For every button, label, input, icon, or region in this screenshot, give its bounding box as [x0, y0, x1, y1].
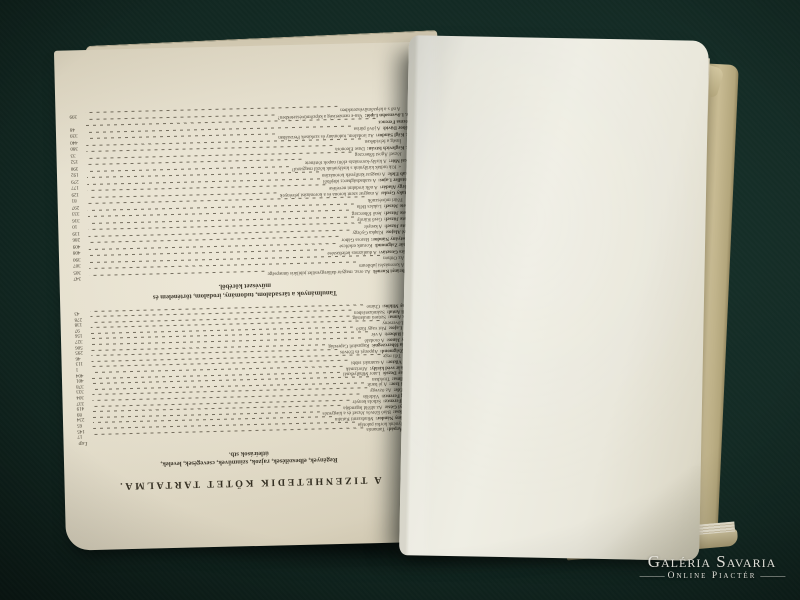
- section1-entry-list: Abonyi Árpád: Tamantia 17 B.: Királynénk…: [74, 302, 419, 439]
- entry-page-number: 440: [70, 137, 83, 144]
- entry-page-number: 129: [71, 189, 84, 196]
- entry-title: Párt vagy fúzió: [356, 325, 387, 331]
- entry-title: Klapka György: [352, 228, 383, 235]
- entry-title: Az orsz. magyar daláregyesület jubiláris…: [267, 267, 370, 276]
- entry-page-number: 316: [72, 215, 85, 222]
- entry-title: Lukács Béla: [357, 202, 382, 209]
- entry-page-number: 337: [76, 399, 89, 405]
- entry-title: Ínség a felvidéken: [364, 136, 410, 144]
- entry-page-number: 390: [71, 163, 84, 170]
- entry-title: Apponyi és Eötvös: [340, 347, 378, 354]
- watermark-subtitle-text: Online Piactér: [668, 571, 757, 582]
- entry-page-number: 278: [74, 315, 87, 321]
- entry-title: A vér: [371, 330, 382, 336]
- entry-page-number: 399: [69, 111, 82, 118]
- entry-page-number: 81: [72, 196, 85, 203]
- entry-page-number: 138: [75, 321, 88, 327]
- entry-page-number: 156: [75, 332, 88, 338]
- entry-title: Lóverseny: [382, 319, 403, 325]
- watermark: Galéria Savaria ——— Online Piactér ———: [626, 553, 798, 582]
- entry-title: A nők irodalmi nevelése: [329, 182, 378, 190]
- entry-title: Mindszenti Katalin: [335, 415, 374, 422]
- entry-title: A dualizmus keletkezése: [327, 247, 377, 255]
- entry-page-number: 333: [76, 388, 89, 394]
- entry-page-number: 327: [75, 338, 88, 344]
- entry-page-number: 304: [76, 393, 89, 399]
- entry-title: Jenő főherczeg: [352, 208, 382, 215]
- entry-title: Schola kenyér: [353, 398, 382, 404]
- entry-page-number: 378: [76, 382, 89, 388]
- entry-title: Korunk erkölcse: [339, 241, 372, 248]
- entry-title: A jó barát: [367, 381, 387, 387]
- entry-page-number: 401: [76, 377, 89, 383]
- entry-title: A jövő párisa: [354, 124, 381, 131]
- entry-title: József Ágost főherczeg: [355, 149, 411, 157]
- entry-page-number: 10: [72, 222, 85, 229]
- photo-of-open-book: A TIZENHETEDIK KÖTET TARTALMA. Regények,…: [0, 0, 800, 600]
- entry-title: Chimo: [366, 302, 380, 308]
- watermark-title: Galéria Savaria: [626, 553, 798, 571]
- entry-page-number: 404: [76, 371, 89, 377]
- watermark-left-dash: ———: [640, 571, 664, 582]
- entry-page-number: 297: [72, 202, 85, 209]
- entry-author: Dr. Lőwensohn Lipót:: [365, 110, 412, 118]
- page-corner-curl: [569, 463, 701, 560]
- entry-page-number: 43: [74, 310, 87, 316]
- entry-title: Ragusától Capreráig: [328, 342, 369, 349]
- entry-page-number: 1: [76, 366, 89, 372]
- entry-page-number: 46: [75, 354, 88, 360]
- entry-title: Duse Eleonora: [335, 144, 365, 151]
- upside-down-table-of-contents: A TIZENHETEDIK KÖTET TARTALMA. Regények,…: [68, 56, 421, 534]
- entry-page-number: 139: [72, 228, 85, 235]
- entry-page-number: 97: [75, 326, 88, 332]
- entry-title: Aforizmák: [346, 364, 368, 370]
- entry-page-number: 409: [73, 241, 86, 248]
- entry-title: A szabadságharcz idejéből: [323, 176, 376, 184]
- entry-page-number: 307: [73, 261, 86, 268]
- entry-page-number: 48: [70, 124, 83, 131]
- entry-page-number: 177: [71, 183, 84, 190]
- entry-page-number: 152: [71, 157, 84, 164]
- entry-title: Tamantia: [366, 425, 385, 431]
- watermark-subtitle: ——— Online Piactér ———: [626, 571, 798, 582]
- entry-page-number: 333: [72, 209, 85, 216]
- blank-facing-page: [399, 35, 709, 561]
- entry-title: Gerő Károly: [357, 215, 382, 222]
- entry-title: Az özvegy: [370, 386, 392, 392]
- entry-page-number: 408: [73, 248, 86, 255]
- entry-page-number: 380: [70, 144, 83, 151]
- entry-page-number: 286: [72, 235, 85, 242]
- entry-page-number: 89: [77, 410, 90, 416]
- entry-title: Titokban: [372, 375, 390, 381]
- entry-title: Az alföld legendája: [343, 403, 382, 410]
- entry-title: Lator Mihályéknál: [343, 370, 380, 377]
- volume-title: A TIZENHETEDIK KÖTET TARTALMA.: [78, 472, 420, 492]
- section2-heading: Tanulmányok a társadalom, tudomány, irod…: [74, 276, 416, 302]
- entry-title: Szüreti mulatság: [352, 314, 386, 320]
- entry-page-number: 65: [77, 421, 90, 427]
- entry-title: A csodaló: [364, 336, 384, 342]
- entry-page-number: 390: [73, 254, 86, 261]
- entry-page-number: 339: [70, 131, 83, 138]
- entry-author: Gr. Keglevich István:: [367, 142, 413, 150]
- entry-title: Téli rege: [383, 352, 401, 358]
- entry-title: A kenyér: [364, 221, 382, 228]
- entry-page-number: 145: [77, 427, 90, 433]
- entry-page-number: 113: [76, 360, 89, 366]
- entry-page-number: 234: [77, 416, 90, 422]
- entry-page-number: 33: [70, 150, 83, 157]
- entry-page-number: 506: [75, 343, 88, 349]
- entry-page-number: 419: [77, 405, 90, 411]
- entry-page-number: 305: [73, 267, 86, 274]
- entry-page-number: 295: [75, 349, 88, 355]
- entry-page-number: 279: [71, 176, 84, 183]
- section1-subtitle: Regények, elbeszélések, rajzok, színműve…: [78, 444, 420, 469]
- entry-page-number: 17: [77, 433, 90, 439]
- printed-contents-page: A TIZENHETEDIK KÖTET TARTALMA. Regények,…: [54, 41, 454, 550]
- entry-title: Baross Gábor: [342, 235, 370, 242]
- watermark-right-dash: ———: [760, 571, 784, 582]
- section2-entry-list: Id. Ábrányi Kornél: Az orsz. magyar dalá…: [69, 103, 415, 280]
- entry-page-number: 192: [71, 170, 84, 177]
- entry-page-number: 347: [73, 274, 86, 281]
- entry-title: A szatmári rabbi: [351, 358, 384, 364]
- entry-title: Vádolás: [363, 392, 380, 398]
- entry-title: Számüzetésben: [354, 308, 385, 314]
